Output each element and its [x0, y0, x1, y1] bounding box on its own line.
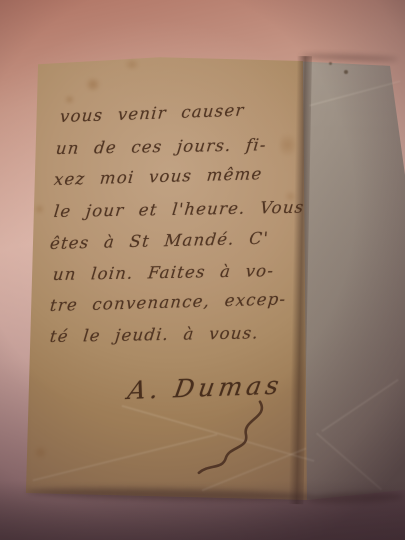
- handwriting-line: vous venir causer: [59, 101, 245, 126]
- handwriting-line: tre convenance, excep-: [49, 289, 287, 315]
- photo-of-handwritten-letter: vous venir causer un de ces jours. fi- x…: [0, 0, 405, 540]
- handwriting: vous venir causer un de ces jours. fi- x…: [0, 0, 405, 540]
- handwriting-line: xez moi vous même: [53, 164, 263, 189]
- handwriting-line: êtes à St Mandé. C': [49, 229, 270, 253]
- signature-flourish: [195, 393, 275, 489]
- handwriting-line: té le jeudi. à vous.: [49, 323, 260, 346]
- handwriting-line: un de ces jours. fi-: [55, 135, 268, 158]
- handwriting-line: un loin. Faites à vo-: [52, 261, 275, 284]
- handwriting-line: le jour et l'heure. Vous: [53, 198, 305, 221]
